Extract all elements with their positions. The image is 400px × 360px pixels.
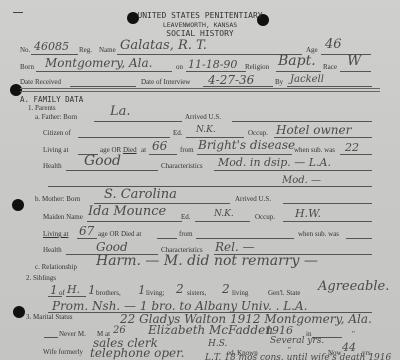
mother-education: N.K. bbox=[214, 209, 234, 219]
marital-bottom-note: L.T. 18 mos cons. until wife's death 191… bbox=[205, 353, 391, 360]
living-label: living; bbox=[146, 289, 164, 297]
mother-age-or-died-label: age OR Died at bbox=[98, 230, 141, 238]
section-family-data: A. FAMILY DATA bbox=[20, 95, 83, 104]
date-received-label: Date Received bbox=[20, 78, 61, 86]
sisters-label: sisters, bbox=[187, 289, 206, 297]
divider bbox=[20, 88, 380, 92]
sisters-living-count: 2 bbox=[222, 282, 230, 296]
mother-age: 67 bbox=[79, 224, 94, 238]
spouse-name: Elizabeth McFadden bbox=[148, 323, 273, 337]
sibling-of-h: H. bbox=[67, 283, 80, 296]
register-number: 46085 bbox=[34, 40, 69, 53]
mother-maiden-label: Maiden Name bbox=[43, 213, 83, 221]
father-characteristics-label: Characteristics bbox=[161, 162, 203, 170]
mother-occupation: H.W. bbox=[295, 207, 321, 220]
religion-value: Bapt. bbox=[278, 53, 316, 69]
father-arrived-label: Arrived U.S. bbox=[185, 113, 221, 121]
mother-living-label: Living at bbox=[43, 230, 68, 238]
married-at-age: 26 bbox=[113, 325, 126, 336]
mother-maiden-name: Ida Mounce bbox=[88, 204, 166, 219]
mother-born-label: b. Mother: Born bbox=[35, 195, 80, 203]
ditto-mark: " bbox=[352, 330, 355, 338]
mother-arrived-label: Arrived U.S. bbox=[235, 195, 271, 203]
interviewer: Jackell bbox=[290, 74, 324, 85]
wife-formerly-label: Wife formerly bbox=[43, 348, 83, 356]
reg-label: Reg. bbox=[79, 46, 92, 54]
mother-characteristics: Rel. — bbox=[215, 240, 255, 254]
brothers-label: brothers, bbox=[96, 289, 121, 297]
father-born-label: a. Father: Born bbox=[35, 113, 77, 121]
sisters-count: 2 bbox=[176, 282, 184, 296]
by-label: By bbox=[275, 78, 283, 86]
father-health-label: Health bbox=[43, 162, 62, 170]
religion-label: Religion bbox=[245, 63, 269, 71]
name-label: Name bbox=[99, 46, 116, 54]
mother-when-sub-label: when sub. was bbox=[298, 230, 339, 238]
father-citizen-label: Citizen of bbox=[43, 129, 71, 137]
siblings-note: Prom. Nsh. — 1 bro. to Albany Univ. . L.… bbox=[52, 299, 307, 313]
mother-from-label: from bbox=[179, 230, 193, 238]
general-state-value: Agreeable. bbox=[318, 279, 389, 294]
father-living-label: Living at bbox=[43, 146, 68, 154]
sibling-position: 1 bbox=[50, 283, 58, 297]
father-died-label: Died bbox=[123, 146, 137, 154]
born-label: Born bbox=[20, 63, 34, 71]
living-label-2: living bbox=[232, 289, 248, 297]
institution-location: LEAVENWORTH, KANSAS bbox=[0, 21, 400, 29]
mother-health-label: Health bbox=[43, 246, 62, 254]
father-ed-label: Ed. bbox=[173, 129, 183, 137]
relationship-label: c. Relationship bbox=[35, 263, 77, 271]
of-label: of bbox=[59, 289, 65, 297]
mother-birthplace: S. Carolina bbox=[104, 187, 177, 202]
marriage-duration-note: Several yrs. bbox=[270, 336, 324, 346]
social-history-document: UNITED STATES PENITENTIARY LEAVENWORTH, … bbox=[0, 0, 400, 360]
mother-ed-label: Ed. bbox=[181, 213, 191, 221]
birthplace: Montgomery, Ala. bbox=[45, 56, 152, 70]
mother-health: Good bbox=[96, 240, 128, 254]
father-education: N.K. bbox=[196, 125, 216, 135]
relationship-value: Harm. — M. did not remarry — bbox=[96, 253, 318, 269]
siblings-label: 2. Siblings bbox=[26, 274, 56, 282]
never-married-label: Never M. bbox=[59, 330, 86, 338]
father-sub-age: 22 bbox=[345, 141, 359, 154]
father-occupation: Hotel owner bbox=[276, 123, 351, 137]
brothers-count: 1 bbox=[88, 283, 96, 297]
wife-former-occupation-2: telephone oper. bbox=[90, 346, 184, 360]
father-from-label: from bbox=[180, 146, 194, 154]
age-value: 46 bbox=[325, 37, 342, 52]
father-cause-of-death: Bright's disease bbox=[198, 138, 295, 152]
parents-label: 1. Parents bbox=[28, 104, 56, 112]
wife-education: H.S. bbox=[208, 339, 227, 349]
father-birthplace: La. bbox=[110, 104, 131, 119]
brothers-living-count: 1 bbox=[138, 283, 146, 297]
race-value: W bbox=[347, 53, 361, 69]
punch-hole-icon bbox=[13, 306, 25, 318]
date-of-interview-label: Date of Interview bbox=[141, 78, 190, 86]
interview-date: 4-27-36 bbox=[208, 73, 254, 87]
inmate-name: Galatas, R. T. bbox=[120, 38, 207, 53]
general-state-label: Gen'l. State bbox=[268, 289, 300, 297]
father-characteristics: Mod. in dsip. — L.A. bbox=[218, 156, 331, 169]
father-died-age: 66 bbox=[152, 139, 167, 153]
punch-hole-icon bbox=[12, 199, 24, 211]
father-characteristics-cont: Mod. — bbox=[282, 175, 321, 186]
institution-title: UNITED STATES PENITENTIARY bbox=[0, 11, 400, 20]
father-at-label: at bbox=[141, 146, 146, 154]
father-occup-label: Occup. bbox=[248, 129, 268, 137]
birth-date: 11-18-90 bbox=[188, 58, 237, 71]
no-label: No. bbox=[20, 46, 30, 54]
father-health: Good bbox=[84, 153, 121, 169]
on-label: on bbox=[176, 63, 183, 71]
marital-status-label: 3. Marital Status bbox=[26, 313, 72, 321]
father-when-sub-label: when sub. was bbox=[294, 146, 335, 154]
race-label: Race bbox=[323, 63, 337, 71]
mother-occup-label: Occup. bbox=[255, 213, 275, 221]
